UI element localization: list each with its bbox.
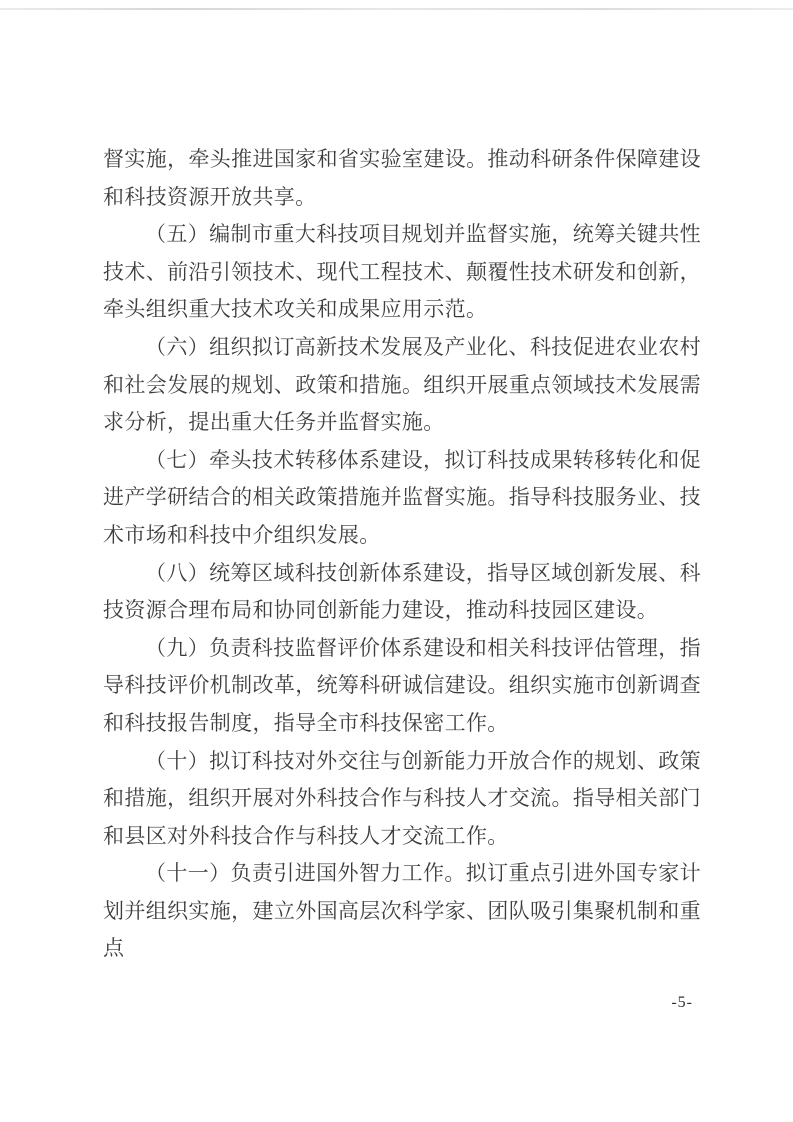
document-page: 督实施，牵头推进国家和省实验室建设。推动科研条件保障建设和科技资源开放共享。 （… <box>0 0 793 1122</box>
paragraph-item-7: （七）牵头技术转移体系建设，拟订科技成果转移转化和促进产学研结合的相关政策措施并… <box>103 442 701 555</box>
paragraph-item-5: （五）编制市重大科技项目规划并监督实施，统筹关键共性技术、前沿引领技术、现代工程… <box>103 216 701 329</box>
page-number: -5- <box>671 994 693 1012</box>
paragraph-item-6: （六）组织拟订高新技术发展及产业化、科技促进农业农村和社会发展的规划、政策和措施… <box>103 329 701 442</box>
paragraph-item-9: （九）负责科技监督评价体系建设和相关科技评估管理，指导科技评价机制改革，统筹科研… <box>103 630 701 743</box>
paragraph-item-10: （十）拟订科技对外交往与创新能力开放合作的规划、政策和措施，组织开展对外科技合作… <box>103 743 701 856</box>
body-text: 督实施，牵头推进国家和省实验室建设。推动科研条件保障建设和科技资源开放共享。 （… <box>103 141 701 968</box>
scan-edge-artifact <box>0 8 793 10</box>
paragraph-item-8: （八）统筹区域科技创新体系建设，指导区域创新发展、科技资源合理布局和协同创新能力… <box>103 555 701 630</box>
paragraph-continuation: 督实施，牵头推进国家和省实验室建设。推动科研条件保障建设和科技资源开放共享。 <box>103 141 701 216</box>
paragraph-item-11: （十一）负责引进国外智力工作。拟订重点引进外国专家计划并组织实施，建立外国高层次… <box>103 855 701 968</box>
